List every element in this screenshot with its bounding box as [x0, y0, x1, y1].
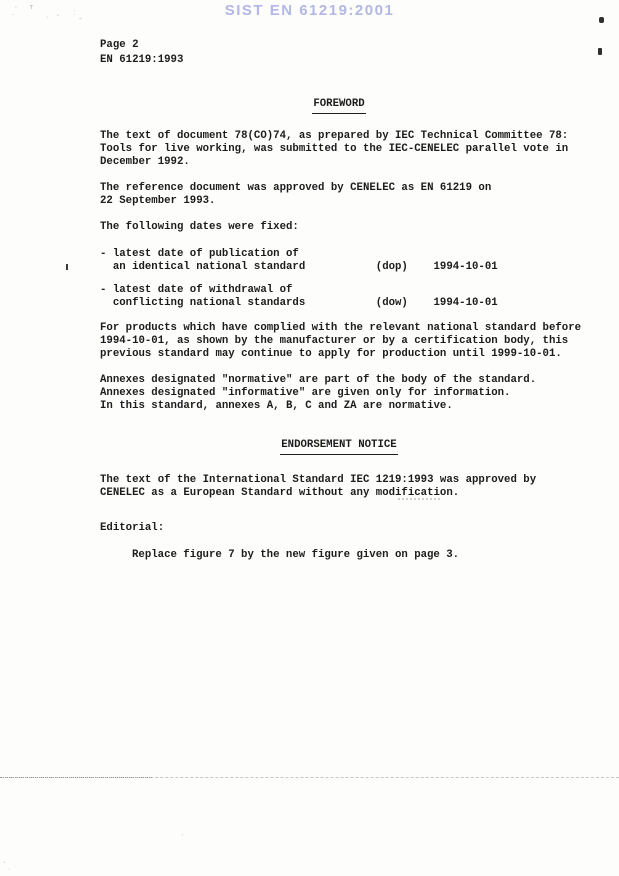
scan-speck: [599, 17, 604, 23]
editorial-label: Editorial:: [100, 522, 164, 535]
scan-dashed-line-dark-segment: [0, 777, 152, 778]
endorsement-heading: ENDORSEMENT NOTICE: [280, 439, 397, 455]
doc-number: EN 61219:1993: [100, 54, 183, 66]
scan-speck: ᵀ: [29, 6, 34, 14]
document-page: SIST EN 61219:2001 ˌˈ ᵀ ˌ ʻ ː ˉ Page 2 E…: [0, 0, 619, 876]
watermark-text: SIST EN 61219:2001: [0, 2, 619, 19]
scan-speck: ː: [72, 10, 77, 18]
page-label: Page 2: [100, 39, 138, 51]
paragraph-annexes: Annexes designated "normative" are part …: [100, 374, 536, 413]
paragraph-dates-intro: The following dates were fixed:: [100, 221, 299, 234]
scan-speck: ˉ: [78, 19, 83, 27]
date-item-dow: - latest date of withdrawal of conflicti…: [100, 284, 498, 310]
foreword-heading: FOREWORD: [312, 98, 365, 114]
foreword-heading-row: FOREWORD: [100, 93, 578, 114]
scan-speck: ˊˌ: [2, 863, 12, 871]
editorial-instruction: Replace figure 7 by the new figure given…: [132, 549, 459, 562]
scan-speck: [598, 48, 602, 55]
paragraph-reference: The reference document was approved by C…: [100, 182, 491, 208]
paragraph-transition: For products which have complied with th…: [100, 322, 581, 361]
date-item-dop: - latest date of publication of an ident…: [100, 248, 498, 274]
scan-squiggle: [398, 498, 440, 500]
page-number-label: Page 2 EN 61219:1993: [100, 38, 183, 68]
endorsement-heading-row: ENDORSEMENT NOTICE: [100, 434, 578, 455]
paragraph-committee: The text of document 78(CO)74, as prepar…: [100, 130, 568, 169]
scan-speck: ·: [180, 832, 185, 840]
scan-speck: [66, 264, 68, 270]
paragraph-approval: The text of the International Standard I…: [100, 474, 536, 500]
